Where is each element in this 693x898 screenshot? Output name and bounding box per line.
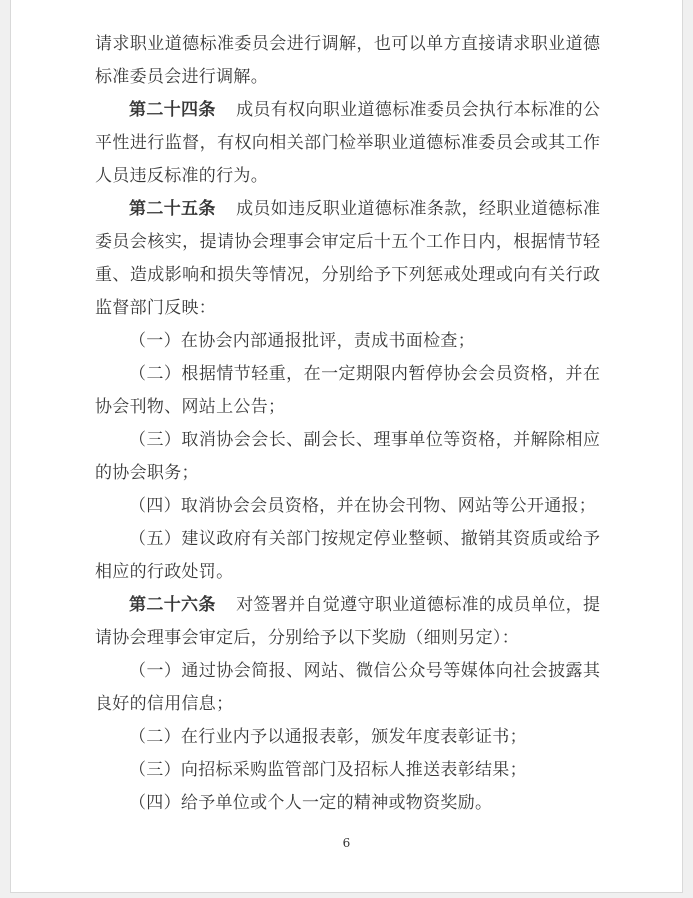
text-line: 的协会职务；	[95, 457, 600, 490]
text-line-article-24: 第二十四条成员有权向职业道德标准委员会执行本标准的公	[95, 94, 600, 127]
document-viewer: 请求职业道德标准委员会进行调解，也可以单方直接请求职业道德 标准委员会进行调解。…	[0, 0, 693, 898]
text-line-article-25: 第二十五条成员如违反职业道德标准条款，经职业道德标准	[95, 193, 600, 226]
text-line: 相应的行政处罚。	[95, 556, 600, 589]
article-body-text: 对签署并自觉遵守职业道德标准的成员单位，提	[236, 595, 600, 615]
text-line-item-2: （二）根据情节轻重，在一定期限内暂停协会会员资格，并在	[95, 358, 600, 391]
text-line: 人员违反标准的行为。	[95, 160, 600, 193]
article-body-text: 成员有权向职业道德标准委员会执行本标准的公	[236, 100, 600, 120]
text-line: 请协会理事会审定后，分别给予以下奖励（细则另定）：	[95, 622, 600, 655]
text-line: 良好的信用信息；	[95, 688, 600, 721]
document-page: 请求职业道德标准委员会进行调解，也可以单方直接请求职业道德 标准委员会进行调解。…	[10, 0, 683, 893]
text-line-item-1: （一）在协会内部通报批评，责成书面检查；	[95, 325, 600, 358]
text-line-reward-1: （一）通过协会简报、网站、微信公众号等媒体向社会披露其	[95, 655, 600, 688]
text-line-reward-2: （二）在行业内予以通报表彰，颁发年度表彰证书；	[95, 721, 600, 754]
text-line: 标准委员会进行调解。	[95, 61, 600, 94]
text-block: 请求职业道德标准委员会进行调解，也可以单方直接请求职业道德 标准委员会进行调解。…	[95, 28, 600, 820]
text-line-article-26: 第二十六条对签署并自觉遵守职业道德标准的成员单位，提	[95, 589, 600, 622]
text-line: 请求职业道德标准委员会进行调解，也可以单方直接请求职业道德	[95, 28, 600, 61]
text-line-reward-3: （三）向招标采购监管部门及招标人推送表彰结果；	[95, 754, 600, 787]
text-line: 重、造成影响和损失等情况，分别给予下列惩戒处理或向有关行政	[95, 259, 600, 292]
page-number: 6	[11, 836, 682, 850]
text-line-item-4: （四）取消协会会员资格，并在协会刊物、网站等公开通报；	[95, 490, 600, 523]
article-number: 第二十五条	[129, 199, 216, 219]
article-number: 第二十六条	[129, 595, 216, 615]
text-line: 委员会核实，提请协会理事会审定后十五个工作日内，根据情节轻	[95, 226, 600, 259]
text-line: 平性进行监督，有权向相关部门检举职业道德标准委员会或其工作	[95, 127, 600, 160]
article-body-text: 成员如违反职业道德标准条款，经职业道德标准	[236, 199, 600, 219]
text-line-item-3: （三）取消协会会长、副会长、理事单位等资格，并解除相应	[95, 424, 600, 457]
article-number: 第二十四条	[129, 100, 216, 120]
text-line: 监督部门反映：	[95, 292, 600, 325]
text-line-reward-4: （四）给予单位或个人一定的精神或物资奖励。	[95, 787, 600, 820]
text-line-item-5: （五）建议政府有关部门按规定停业整顿、撤销其资质或给予	[95, 523, 600, 556]
text-line: 协会刊物、网站上公告；	[95, 391, 600, 424]
